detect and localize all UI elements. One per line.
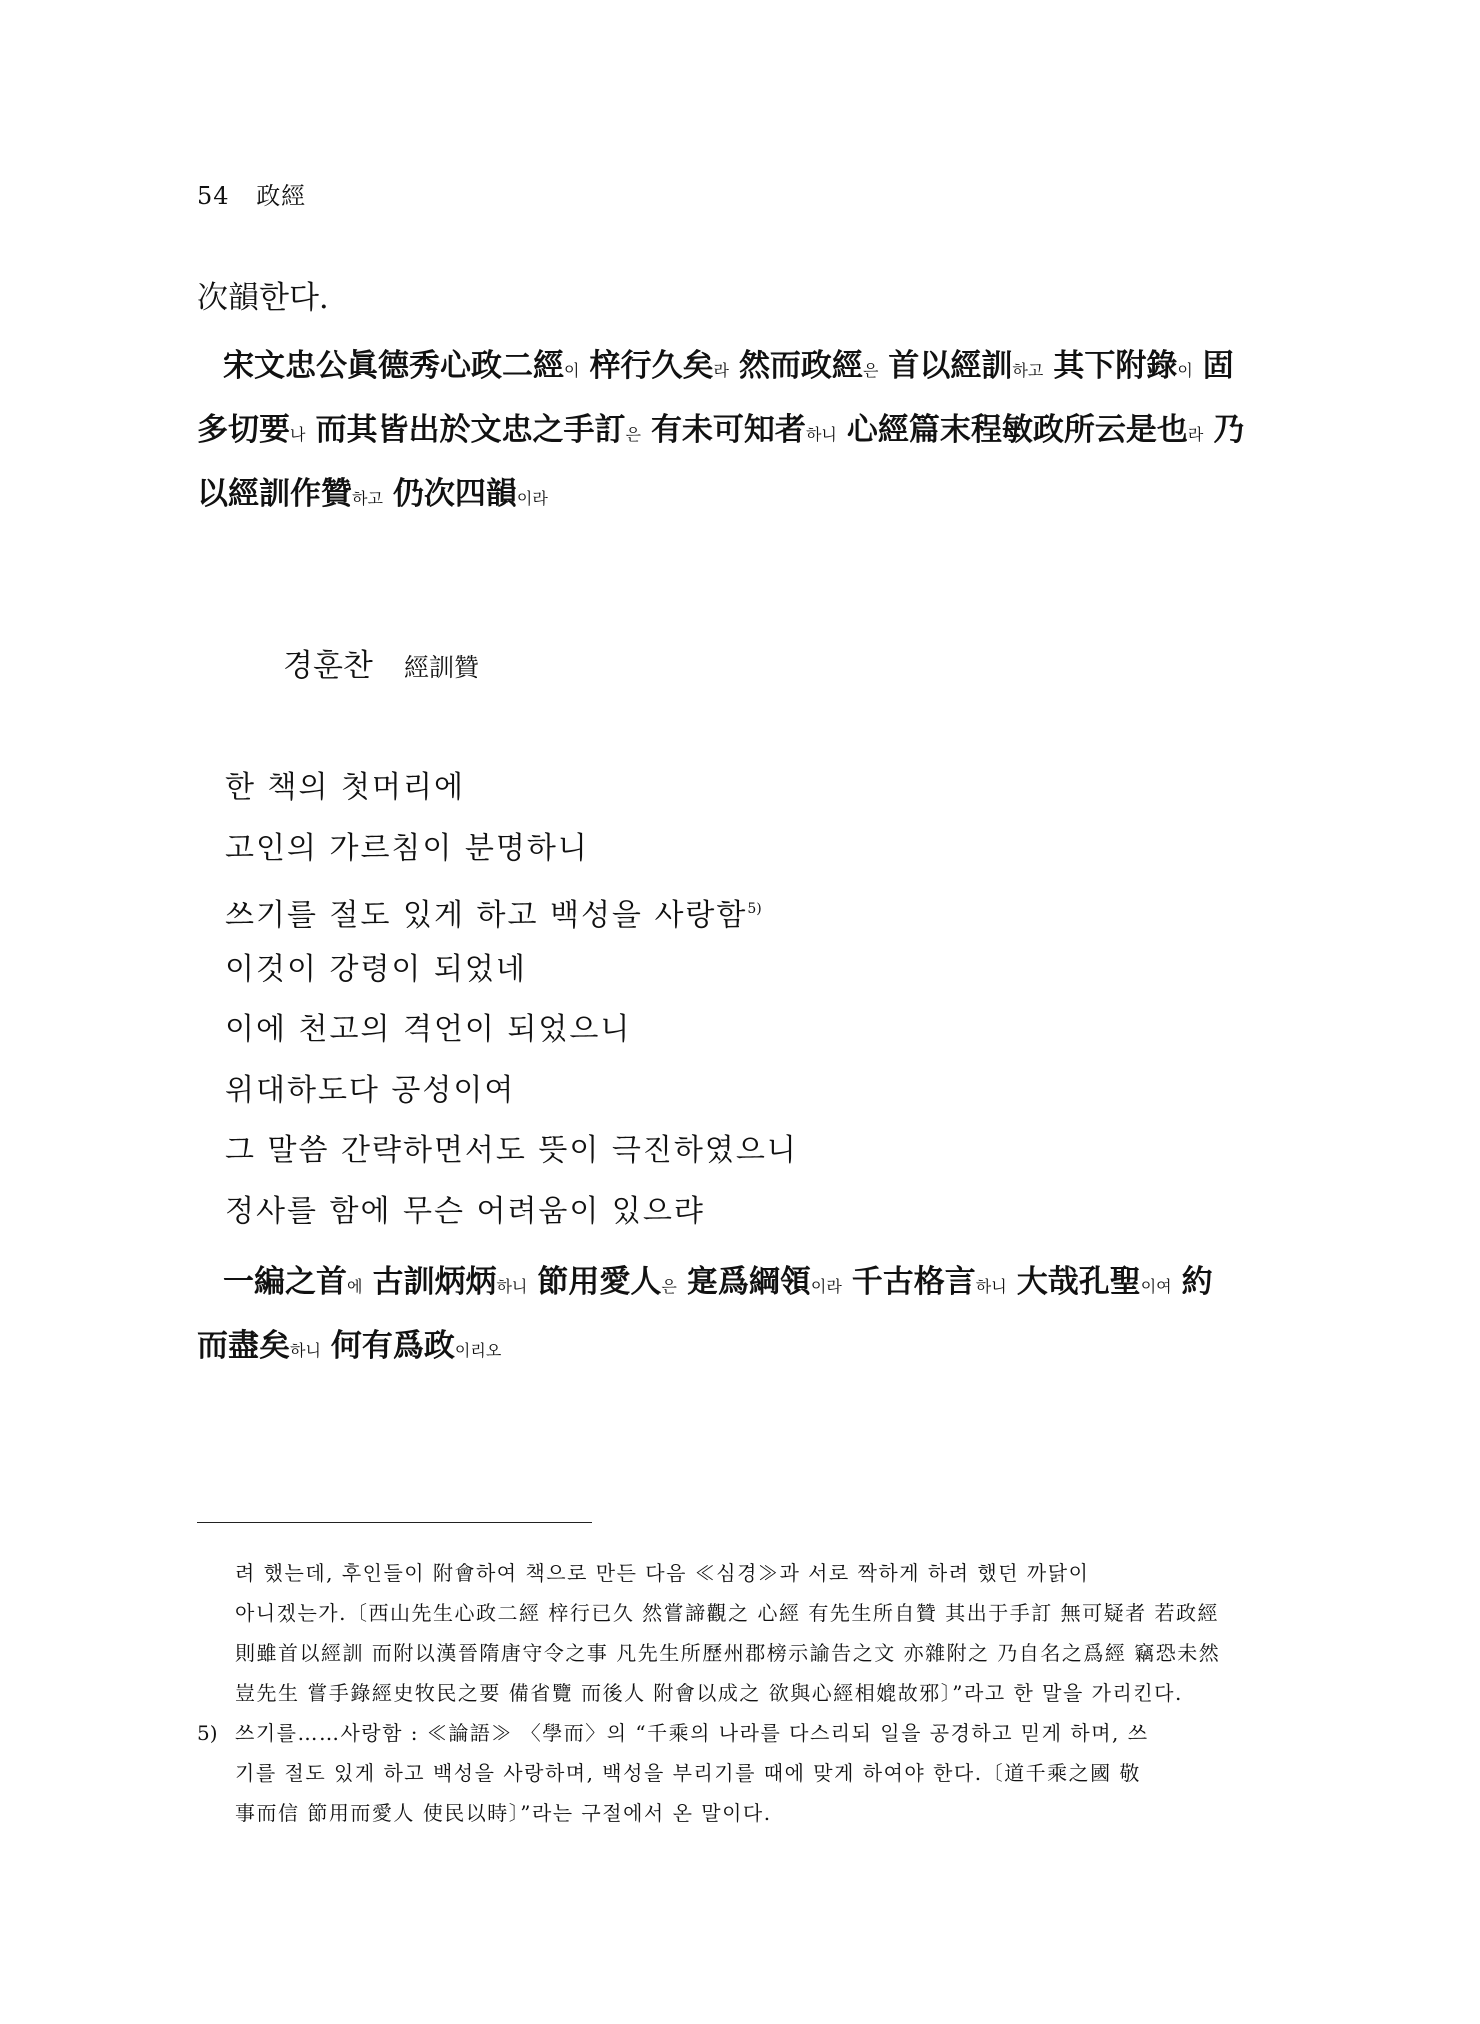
hanja-phrase: 而其皆出於文忠之手訂: [315, 412, 625, 448]
text-line: 而盡矣하니何有爲政이리오: [197, 1314, 1297, 1378]
korean-particle: 이: [1177, 361, 1192, 380]
hanja-phrase: 首以經訓: [888, 348, 1012, 384]
hanja-phrase: 以經訓作贊: [197, 476, 352, 512]
text-line: 多切要나而其皆出於文忠之手訂은有未可知者하니心經篇末程敏政所云是也라乃: [197, 398, 1297, 462]
korean-particle: 이리오: [455, 1341, 501, 1360]
poem-verse: 위대하도다 공성이여: [225, 1061, 798, 1122]
section-heading-hanja: 經訓贊: [404, 653, 479, 682]
korean-particle: 하고: [352, 489, 383, 508]
original-text-paragraph: 一編之首에古訓炳炳하니節用愛人은寔爲綱領이라千古格言하니大哉孔聖이여約而盡矣하니…: [197, 1250, 1297, 1378]
hanja-phrase: 梓行久矣: [589, 348, 713, 384]
text-line: 一編之首에古訓炳炳하니節用愛人은寔爲綱領이라千古格言하니大哉孔聖이여約: [197, 1250, 1297, 1314]
hanja-phrase: 有未可知者: [651, 412, 806, 448]
running-head: 54 政經: [197, 176, 306, 211]
hanja-phrase: 宋文忠公眞德秀心政二經: [223, 348, 564, 384]
hanja-phrase: 大哉孔聖: [1017, 1264, 1141, 1300]
poem-verse: 한 책의 첫머리에: [225, 758, 798, 819]
hanja-phrase: 寔爲綱領: [687, 1264, 811, 1300]
hanja-phrase: 何有爲政: [331, 1328, 455, 1364]
hanja-phrase: 千古格言: [852, 1264, 976, 1300]
korean-particle: 은: [863, 361, 878, 380]
korean-particle: 은: [661, 1277, 676, 1296]
hanja-phrase: 節用愛人: [537, 1264, 661, 1300]
korean-particle: 은: [625, 425, 640, 444]
korean-particle: 나: [290, 425, 305, 444]
hanja-phrase: 然而政經: [739, 348, 863, 384]
korean-particle: 이여: [1141, 1277, 1172, 1296]
footnote-4-continuation-line: 則雖首以經訓 而附以漢晉隋唐守令之事 凡先生所歷州郡榜示諭告之文 亦雜附之 乃自…: [197, 1633, 1307, 1673]
korean-particle: 에: [347, 1277, 362, 1296]
korean-particle: 라: [1188, 425, 1203, 444]
korean-particle: 하니: [496, 1277, 527, 1296]
hanja-phrase: 多切要: [197, 412, 290, 448]
poem-verse: 이것이 강령이 되었네: [225, 940, 798, 1001]
footnotes: 려 했는데, 후인들이 附會하여 책으로 만든 다음 ≪심경≫과 서로 짝하게 …: [197, 1553, 1307, 1833]
hanja-phrase: 心經篇末程敏政所云是也: [847, 412, 1188, 448]
poem-verse: 이에 천고의 격언이 되었으니: [225, 1000, 798, 1061]
section-heading: 경훈찬 經訓贊: [283, 640, 479, 685]
poem-verse-text: 쓰기를 절도 있게 하고 백성을 사랑함: [225, 898, 747, 933]
intro-line: 次韻한다.: [197, 272, 329, 317]
footnote-4-continuation-line: 려 했는데, 후인들이 附會하여 책으로 만든 다음 ≪심경≫과 서로 짝하게 …: [197, 1553, 1307, 1593]
footnote-4-continuation-line: 豈先生 嘗手錄經史牧民之要 備省覽 而後人 附會以成之 欲與心經相媲故邪〕”라고…: [197, 1673, 1307, 1713]
hanja-phrase: 仍次四韻: [393, 476, 517, 512]
footnote-5-line: 5)쓰기를……사랑함 : ≪論語≫ 〈學而〉의 “千乘의 나라를 다스리되 일을…: [197, 1713, 1307, 1753]
poem-verse: 고인의 가르침이 분명하니: [225, 819, 798, 880]
hanja-phrase: 而盡矣: [197, 1328, 290, 1364]
korean-particle: 이라: [811, 1277, 842, 1296]
footnote-ref-5[interactable]: 5): [747, 901, 761, 917]
hanja-phrase: 古訓炳炳: [372, 1264, 496, 1300]
poem-verse: 정사를 함에 무슨 어려움이 있으랴: [225, 1182, 798, 1243]
book-page: 54 政經 次韻한다. 宋文忠公眞德秀心政二經이梓行久矣라然而政經은首以經訓하고…: [0, 0, 1480, 2024]
korean-particle: 하고: [1012, 361, 1043, 380]
footnote-4-continuation-line: 아니겠는가.〔西山先生心政二經 梓行已久 然嘗諦觀之 心經 有先生所自贊 其出于…: [197, 1593, 1307, 1633]
hanja-phrase: 其下附錄: [1053, 348, 1177, 384]
korean-particle: 하니: [806, 425, 837, 444]
preface-paragraph: 宋文忠公眞德秀心政二經이梓行久矣라然而政經은首以經訓하고其下附錄이固多切要나而其…: [197, 334, 1297, 526]
footnote-5-line: 기를 절도 있게 하고 백성을 사랑하며, 백성을 부리기를 때에 맞게 하여야…: [197, 1753, 1307, 1793]
poem-translation: 한 책의 첫머리에 고인의 가르침이 분명하니 쓰기를 절도 있게 하고 백성을…: [225, 758, 798, 1242]
korean-particle: 라: [713, 361, 728, 380]
footnote-5-number: 5): [197, 1713, 235, 1753]
korean-particle: 하니: [290, 1341, 321, 1360]
poem-verse: 그 말씀 간략하면서도 뜻이 극진하였으니: [225, 1121, 798, 1182]
korean-particle: 이라: [517, 489, 548, 508]
poem-verse: 쓰기를 절도 있게 하고 백성을 사랑함5): [225, 879, 798, 940]
korean-particle: 하니: [976, 1277, 1007, 1296]
section-heading-korean: 경훈찬: [283, 648, 373, 684]
book-title: 政經: [256, 182, 306, 210]
text-line: 宋文忠公眞德秀心政二經이梓行久矣라然而政經은首以經訓하고其下附錄이固: [197, 334, 1297, 398]
footnote-divider: [197, 1522, 592, 1523]
hanja-phrase: 一編之首: [223, 1264, 347, 1300]
footnote-5-line: 事而信 節用而愛人 使民以時〕”라는 구절에서 온 말이다.: [197, 1793, 1307, 1833]
page-number: 54: [197, 182, 230, 210]
hanja-phrase: 約: [1182, 1264, 1213, 1300]
korean-particle: 이: [564, 361, 579, 380]
text-line: 以經訓作贊하고仍次四韻이라: [197, 462, 1297, 526]
hanja-phrase: 乃: [1213, 412, 1244, 448]
hanja-phrase: 固: [1203, 348, 1234, 384]
footnote-5-text: 쓰기를……사랑함 : ≪論語≫ 〈學而〉의 “千乘의 나라를 다스리되 일을 공…: [235, 1721, 1149, 1745]
